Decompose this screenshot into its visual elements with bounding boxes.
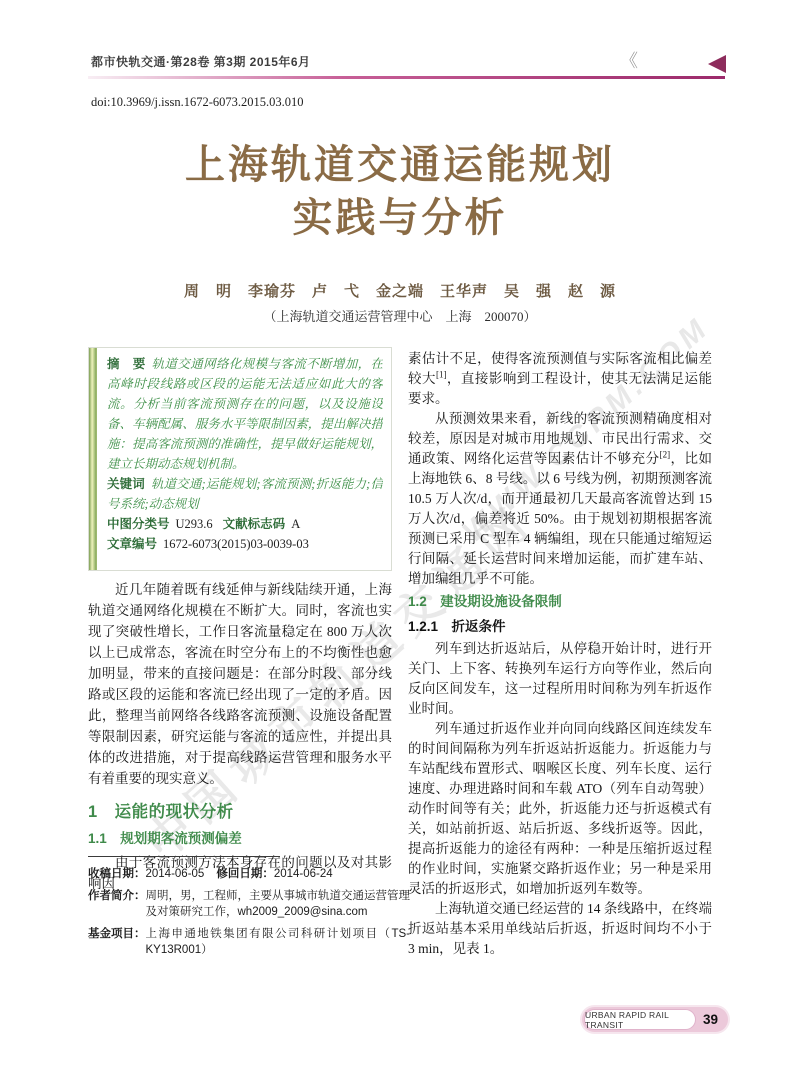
bio-text: 周明，男，工程师，主要从事城市轨道交通运营管理及对策研究工作，wh2009_20…: [146, 888, 411, 921]
fund-text: 上海申通地铁集团有限公司科研计划项目（TS-KY13R001）: [146, 926, 411, 959]
section-1-heading: 1 运能的现状分析: [88, 798, 392, 822]
doc-code-label: 文献标志码: [223, 517, 286, 531]
footer-band: URBAN RAPID RAIL TRANSIT 39: [582, 1007, 728, 1032]
clc-label: 中图分类号: [107, 517, 170, 531]
journal-page: 中国城市轨道交通网 WWW.CCRM.COM 都市快轨交通·第28卷 第3期 2…: [0, 0, 800, 1077]
clc-paragraph: 中图分类号U293.6文献标志码A: [107, 514, 383, 534]
section-1-2-heading: 1.2 建设期设施设备限制: [408, 590, 712, 610]
page-number: 39: [703, 1007, 718, 1032]
abstract-box: 摘 要轨道交通网络化规模与客流不断增加，在高峰时段线路或区段的运能无法适应如此大…: [88, 347, 392, 571]
left-column: 近几年随着既有线延伸与新线陆续开通，上海轨道交通网络化规模在不断扩大。同时，客流…: [88, 579, 392, 894]
bio-label: 作者简介：: [88, 888, 146, 921]
footnote-block: 收稿日期：2014-06-05 修回日期：2014-06-24 作者简介：周明，…: [88, 856, 410, 964]
journal-header-text: 都市快轨交通·第28卷 第3期 2015年6月: [91, 53, 311, 70]
right-column: 素估计不足，使得客流预测值与实际客流相比偏差较大[1]，直接影响到工程设计，使其…: [408, 349, 712, 991]
affiliation: （上海轨道交通运营管理中心 上海 200070）: [0, 306, 800, 325]
dates-row: 收稿日期：2014-06-05 修回日期：2014-06-24: [88, 866, 410, 883]
article-id-label: 文章编号: [107, 537, 157, 551]
footnote-rule: [88, 856, 280, 857]
footer-band-text: URBAN RAPID RAIL TRANSIT: [584, 1009, 696, 1030]
received-date: 2014-06-05: [146, 866, 205, 883]
header-rule: [88, 76, 725, 79]
article-title: 上海轨道交通运能规划 实践与分析: [0, 138, 800, 244]
received-label: 收稿日期：: [88, 866, 146, 883]
article-title-line2: 实践与分析: [0, 191, 800, 244]
continued-paragraph: 素估计不足，使得客流预测值与实际客流相比偏差较大[1]，直接影响到工程设计，使其…: [408, 349, 712, 409]
intro-paragraph: 近几年随着既有线延伸与新线陆续开通，上海轨道交通网络化规模在不断扩大。同时，客流…: [88, 579, 392, 789]
shanghai-lines-paragraph: 上海轨道交通已经运营的 14 条线路中，在终端折返站基本采用单线站后折返，折返时…: [408, 899, 712, 959]
article-id-value: 1672-6073(2015)03-0039-03: [163, 537, 309, 551]
section-1-1-heading: 1.1 规划期客流预测偏差: [88, 827, 392, 847]
forecast-paragraph: 从预测效果来看，新线的客流预测精确度相对较差，原因是对城市用地规划、市民出行需求…: [408, 409, 712, 589]
doc-code-value: A: [291, 517, 300, 531]
double-angle-icon: 《: [620, 47, 638, 73]
keywords-text: 轨道交通;运能规划;客流预测;折返能力;信号系统;动态规划: [107, 477, 383, 511]
turnback-capacity-paragraph: 列车通过折返作业并向同向线路区间连续发车的时间间隔称为列车折返站折返能力。折返能…: [408, 719, 712, 899]
revised-date: 2014-06-24: [274, 866, 333, 883]
triangle-left-icon: [708, 55, 726, 73]
abstract-text: 轨道交通网络化规模与客流不断增加，在高峰时段线路或区段的运能无法适应如此大的客流…: [107, 357, 383, 471]
doi-line: doi:10.3969/j.issn.1672-6073.2015.03.010: [91, 95, 304, 110]
revised-label: 修回日期：: [216, 866, 274, 883]
article-id-paragraph: 文章编号1672-6073(2015)03-0039-03: [107, 534, 383, 554]
article-title-line1: 上海轨道交通运能规划: [0, 138, 800, 191]
abstract-label: 摘 要: [107, 357, 146, 371]
section-1-2-1-heading: 1.2.1 折返条件: [408, 615, 712, 635]
turnback-def-paragraph: 列车到达折返站后，从停稳开始计时，进行开关门、上下客、转换列车运行方向等作业，然…: [408, 639, 712, 719]
keywords-label: 关键词: [107, 477, 145, 491]
author-bio-row: 作者简介：周明，男，工程师，主要从事城市轨道交通运营管理及对策研究工作，wh20…: [88, 888, 410, 921]
fund-row: 基金项目：上海申通地铁集团有限公司科研计划项目（TS-KY13R001）: [88, 926, 410, 959]
abstract-paragraph: 摘 要轨道交通网络化规模与客流不断增加，在高峰时段线路或区段的运能无法适应如此大…: [107, 354, 383, 474]
clc-value: U293.6: [176, 517, 213, 531]
abstract-content: 摘 要轨道交通网络化规模与客流不断增加，在高峰时段线路或区段的运能无法适应如此大…: [97, 354, 383, 566]
keywords-paragraph: 关键词轨道交通;运能规划;客流预测;折返能力;信号系统;动态规划: [107, 474, 383, 514]
author-list: 周 明 李瑜芬 卢 弋 金之端 王华声 吴 强 赵 源: [0, 280, 800, 301]
abstract-accent-bar: [89, 348, 97, 570]
fund-label: 基金项目：: [88, 926, 146, 959]
